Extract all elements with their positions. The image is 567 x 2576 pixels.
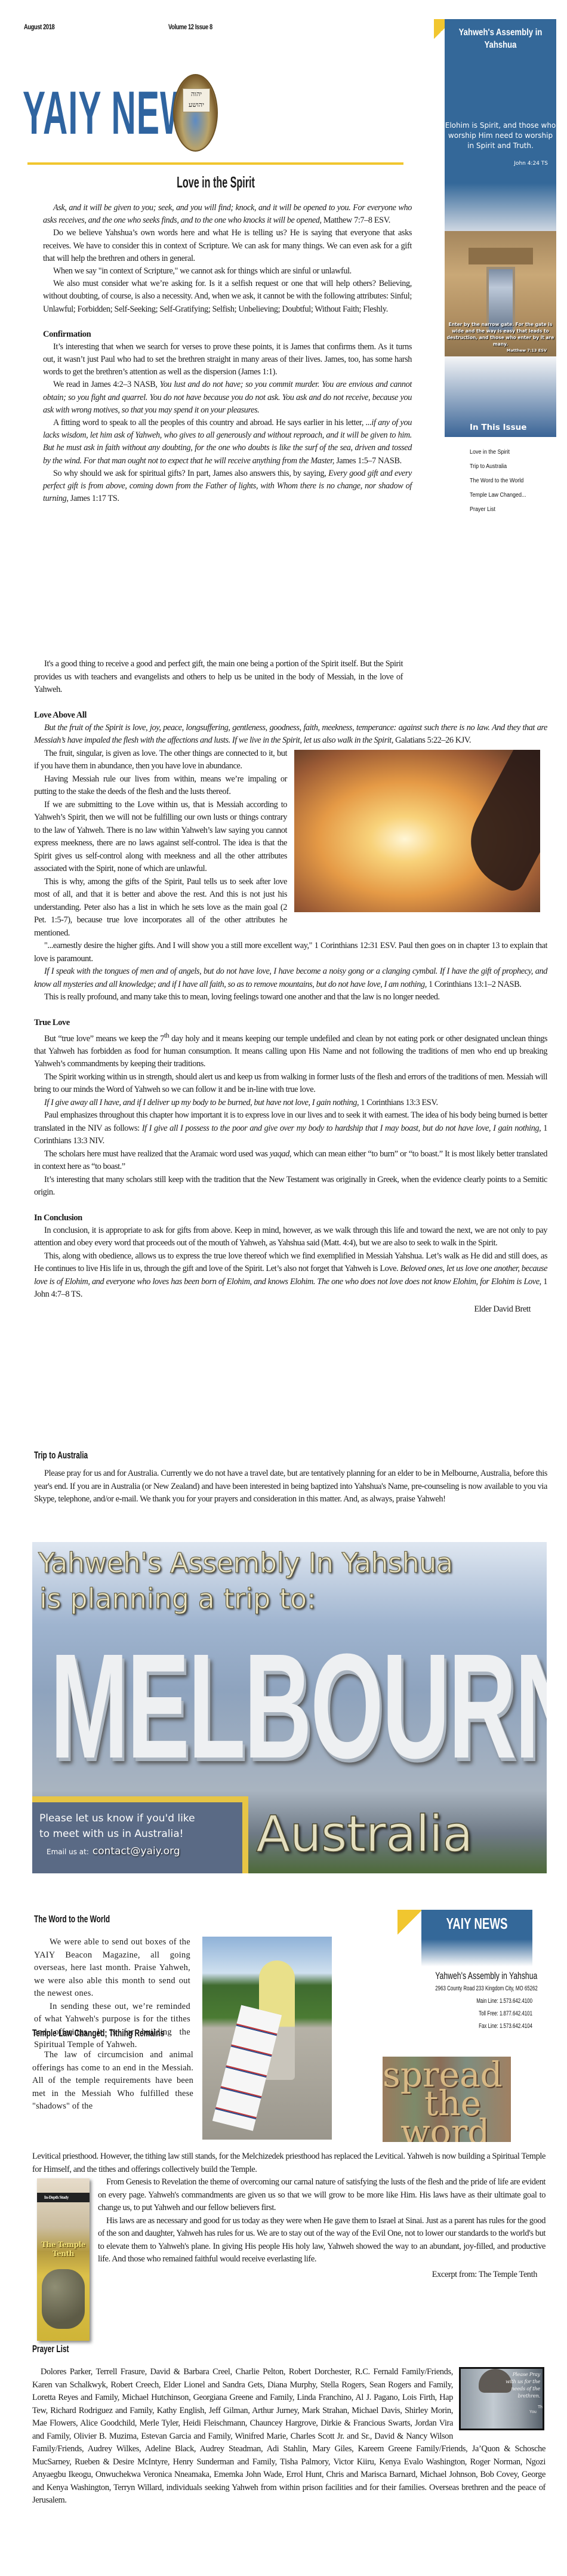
newsletter-page: August 2018 Volume 12 Issue 8 YAIY NEWS … [0, 0, 567, 2576]
toc-item-trip-to-australia[interactable]: Trip to Australia [470, 460, 548, 474]
trip-paragraph: Please pray for us and for Australia. Cu… [34, 1467, 547, 1506]
paragraph: In conclusion, it is appropriate to ask … [34, 1224, 547, 1250]
section-heading-word-to-world: The Word to the World [34, 1913, 110, 1925]
reaching-hand-sunset-image [294, 750, 540, 912]
paragraph: So why should we ask for spiritual gifts… [43, 467, 412, 506]
spread-the-word-image: spread the word [383, 2057, 511, 2142]
yellow-corner-decoration [397, 1910, 421, 1935]
paragraph: Ask, and it will be given to you; seek, … [43, 202, 412, 227]
man-with-boxes-photo [202, 1937, 332, 2140]
paragraph: Paul emphasizes throughout this chapter … [34, 1109, 547, 1148]
narrow-gate-image: Enter by the narrow gate. For the gate i… [445, 231, 556, 356]
temple-law-continued: Levitical priesthood. However, the tithi… [32, 2150, 546, 2343]
banner-email-link[interactable]: contact@yaiy.org [93, 1845, 180, 1857]
paragraph: The Spirit working within us in strength… [34, 1071, 547, 1097]
in-this-issue-label: In This Issue [470, 423, 526, 432]
paragraph: It’s interesting that many scholars stil… [34, 1174, 547, 1199]
gate-caption: Enter by the narrow gate. For the gate i… [445, 321, 556, 354]
banner-line2: is planning a trip to: [39, 1583, 316, 1615]
paragraph: In sending these out, we’re reminded of … [34, 2001, 190, 2052]
toc-item-love-in-the-spirit[interactable]: Love in the Spirit [470, 445, 548, 460]
paragraph: It's a good thing to receive a good and … [34, 658, 403, 697]
paragraph: From Genesis to Revelation the theme of … [32, 2176, 546, 2215]
sidebar-quote: Elohim is Spirit, and those who worship … [445, 121, 556, 151]
subheading-love-above-all: Love Above All [34, 709, 547, 722]
subheading-in-conclusion: In Conclusion [34, 1212, 547, 1224]
paragraph: This is really profound, and many take t… [34, 991, 547, 1004]
paragraph: His laws are as necessary and good for u… [32, 2215, 546, 2266]
subheading-confirmation: Confirmation [43, 328, 412, 341]
contact-main-line[interactable]: Main Line: 1.573.642.4100 [435, 1997, 532, 2006]
section-heading-prayer-list: Prayer List [32, 2343, 69, 2355]
sidebar-gradient [445, 183, 556, 231]
banner-contact-box: Please let us know if you'd like to meet… [32, 1796, 248, 1873]
paragraph: Do we believe Yahshua’s own words here a… [43, 227, 412, 265]
contact-org-name: Yahweh's Assembly in Yahshua [435, 1970, 532, 1982]
article-column-lower: It's a good thing to receive a good and … [34, 658, 547, 1316]
paragraph: If I give away all I have, and if I deli… [34, 1097, 547, 1110]
paragraph: "...earnestly desire the higher gifts. A… [34, 940, 547, 965]
banner-line1: Yahweh's Assembly In Yahshua [38, 1547, 453, 1579]
praying-man-image: Please Pray with us for the needs of the… [459, 2367, 544, 2430]
logo-scroll: יהוה יהושע [183, 88, 210, 112]
issue-volume: Volume 12 Issue 8 [168, 23, 212, 31]
section-heading-temple-law: Temple Law Changed; Tithing Remains [32, 2027, 164, 2039]
contact-fax-line: Fax Line: 1.573.642.4104 [435, 2022, 532, 2031]
article-column-upper: Ask, and it will be given to you; seek, … [43, 202, 412, 505]
toc-item-temple-law[interactable]: Temple Law Changed... [470, 488, 548, 503]
paragraph: If I speak with the tongues of men and o… [34, 965, 547, 991]
sidebar-banner: Yahweh's Assembly in Yahshua Elohim is S… [445, 19, 556, 183]
issue-date: August 2018 [24, 23, 54, 31]
contact-card: YAIY NEWS Yahweh's Assembly in Yahshua 2… [397, 1910, 532, 2031]
prayer-list-text: Please Pray with us for the needs of the… [32, 2366, 546, 2507]
section-heading-trip: Trip to Australia [34, 1449, 88, 1461]
paragraph: A fitting word to speak to all the peopl… [43, 417, 412, 467]
paragraph: But the fruit of the Spirit is love, joy… [34, 722, 547, 747]
banner-city: MELBOURNE [50, 1632, 547, 1781]
melbourne-trip-banner: MELBOURNE Yahweh's Assembly In Yahshua i… [32, 1542, 547, 1873]
paragraph: We also must consider what we’re asking … [43, 278, 412, 316]
article-title: Love in the Spirit [27, 173, 403, 192]
paragraph: We were able to send out boxes of the YA… [34, 1936, 190, 2001]
excerpt-source: Excerpt from: The Temple Tenth [32, 2269, 546, 2282]
temple-law-paragraph-start: The law of circumcision and animal offer… [32, 2049, 193, 2113]
contact-card-banner: YAIY NEWS [421, 1910, 532, 1966]
paragraph: The scholars here must have realized tha… [34, 1148, 547, 1174]
temple-tenth-book-cover: In-Depth Study The Temple Tenth [37, 2178, 90, 2341]
sidebar: Yahweh's Assembly in Yahshua Elohim is S… [445, 19, 556, 517]
sidebar-quote-ref: John 4:24 TS [514, 161, 548, 167]
table-of-contents: Love in the Spirit Trip to Australia The… [445, 437, 556, 517]
paragraph: But “true love” means we keep the 7th da… [34, 1029, 547, 1071]
paragraph: We read in James 4:2–3 NASB, You lust an… [43, 378, 412, 417]
paragraph: This, along with obedience, allows us to… [34, 1250, 547, 1301]
toc-item-word-to-the-world[interactable]: The Word to the World [470, 474, 548, 488]
paragraph: It’s interesting that when we search for… [43, 341, 412, 379]
article-author: Elder David Brett [34, 1303, 547, 1316]
assembly-logo-icon: יהוה יהושע [173, 74, 218, 152]
banner-country: Australia [256, 1805, 473, 1863]
contact-toll-free[interactable]: Toll Free: 1.877.642.4101 [435, 2009, 532, 2018]
sidebar-org-name: Yahweh's Assembly in Yahshua [455, 19, 546, 51]
header-divider [27, 162, 403, 165]
contact-address: 2963 County Road 233 Kingdom City, MO 65… [435, 1984, 532, 1993]
paragraph: When we say "in context of Scripture," w… [43, 265, 412, 278]
subheading-true-love: True Love [34, 1017, 547, 1029]
in-this-issue-header: In This Issue [445, 356, 556, 437]
toc-item-prayer-list[interactable]: Prayer List [470, 503, 548, 517]
